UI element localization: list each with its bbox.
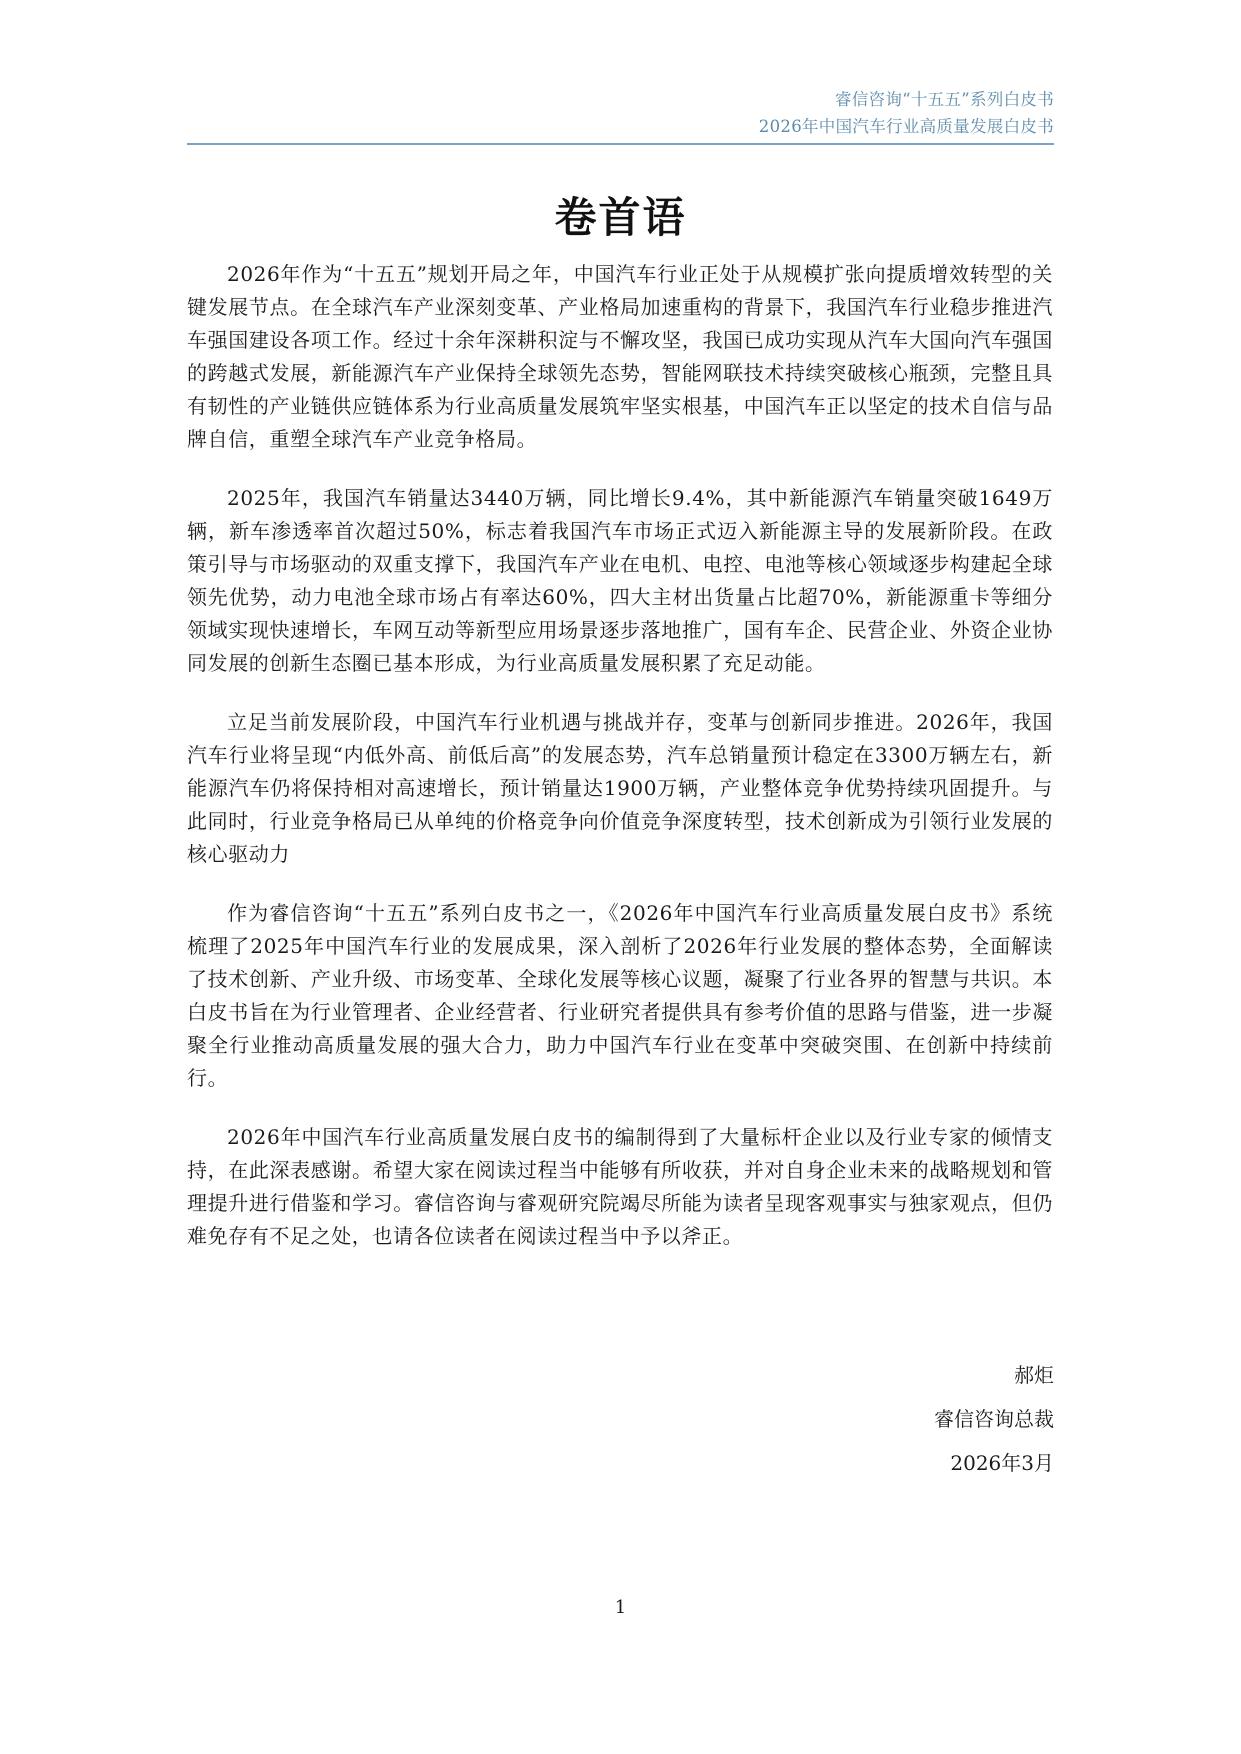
signature-date: 2026年3月	[187, 1443, 1054, 1483]
header-divider	[187, 143, 1054, 145]
paragraph-2026-outlook: 立足当前发展阶段，中国汽车行业机遇与挑战并存，变革与创新同步推进。2026年，我…	[187, 706, 1053, 871]
header-report-title: 2026年中国汽车行业高质量发展白皮书	[187, 113, 1054, 140]
foreword-body: 2026年作为“十五五”规划开局之年，中国汽车行业正处于从规模扩张向提质增效转型…	[187, 258, 1053, 1279]
paragraph-2025-sales: 2025年，我国汽车销量达3440万辆，同比增长9.4%，其中新能源汽车销量突破…	[187, 482, 1053, 680]
signature-name: 郝炬	[187, 1355, 1054, 1395]
paragraph-acknowledgements: 2026年中国汽车行业高质量发展白皮书的编制得到了大量标杆企业以及行业专家的倾情…	[187, 1121, 1053, 1253]
running-header: 睿信咨询“十五五”系列白皮书 2026年中国汽车行业高质量发展白皮书	[187, 86, 1054, 140]
header-series-title: 睿信咨询“十五五”系列白皮书	[187, 86, 1054, 113]
page-number: 1	[0, 1596, 1241, 1620]
page-title: 卷首语	[0, 188, 1241, 248]
paragraph-intro: 2026年作为“十五五”规划开局之年，中国汽车行业正处于从规模扩张向提质增效转型…	[187, 258, 1053, 456]
paragraph-whitepaper-purpose: 作为睿信咨询“十五五”系列白皮书之一，《2026年中国汽车行业高质量发展白皮书》…	[187, 897, 1053, 1095]
signature-block: 郝炬 睿信咨询总裁 2026年3月	[187, 1355, 1054, 1487]
signature-position: 睿信咨询总裁	[187, 1399, 1054, 1439]
